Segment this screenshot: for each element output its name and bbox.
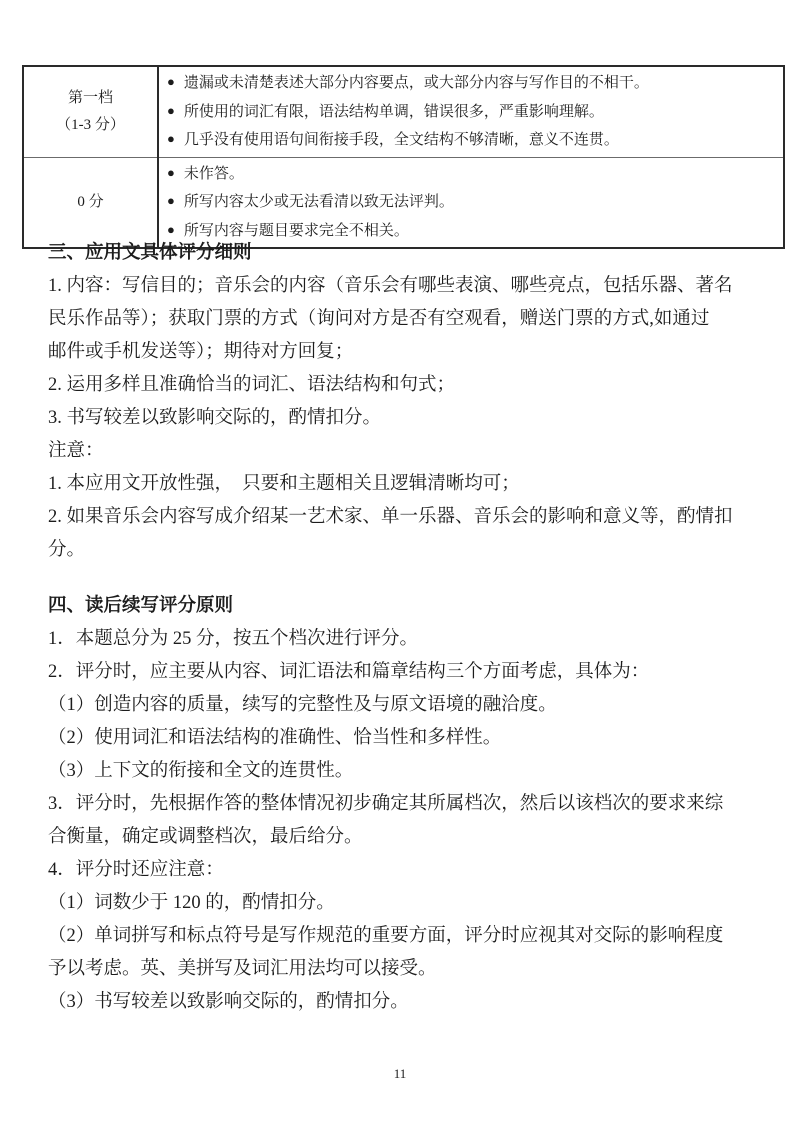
document-body: 三、应用文具体评分细则 1. 内容：写信目的；音乐会的内容（音乐会有哪些表演、哪… — [48, 237, 760, 1019]
criteria-item: ●所使用的词汇有限，语法结构单调，错误很多，严重影响理解。 — [167, 98, 777, 127]
bullet-icon: ● — [167, 126, 175, 153]
body-line: 2．评分时，应主要从内容、词汇语法和篇章结构三个方面考虑，具体为： — [48, 656, 760, 689]
body-line: 1．本题总分为 25 分，按五个档次进行评分。 — [48, 623, 760, 656]
body-line: 分。 — [48, 534, 760, 567]
criteria-text: 几乎没有使用语句间衔接手段，全文结构不够清晰，意义不连贯。 — [184, 132, 619, 148]
body-line: 合衡量，确定或调整档次，最后给分。 — [48, 821, 760, 854]
bullet-icon: ● — [167, 160, 175, 187]
band-name: 0 分 — [25, 189, 156, 216]
body-line: 1. 本应用文开放性强， 只要和主题相关且逻辑清晰均可； — [48, 468, 760, 501]
body-line: 予以考虑。英、美拼写及词汇用法均可以接受。 — [48, 953, 760, 986]
body-line: （3）上下文的衔接和全文的连贯性。 — [48, 755, 760, 788]
criteria-text: 遗漏或未清楚表述大部分内容要点，或大部分内容与写作目的不相干。 — [184, 75, 649, 91]
criteria-item: ●未作答。 — [167, 160, 777, 189]
scoring-rubric-table: 第一档 （1-3 分） ●遗漏或未清楚表述大部分内容要点，或大部分内容与写作目的… — [22, 65, 785, 249]
criteria-item: ●几乎没有使用语句间衔接手段，全文结构不够清晰，意义不连贯。 — [167, 126, 777, 155]
bullet-icon: ● — [167, 188, 175, 215]
criteria-text: 所使用的词汇有限，语法结构单调，错误很多，严重影响理解。 — [184, 104, 604, 120]
criteria-text: 所写内容太少或无法看清以致无法评判。 — [184, 194, 454, 210]
body-line: 2. 如果音乐会内容写成介绍某一艺术家、单一乐器、音乐会的影响和意义等，酌情扣 — [48, 501, 760, 534]
criteria-item: ●遗漏或未清楚表述大部分内容要点，或大部分内容与写作目的不相干。 — [167, 69, 777, 98]
body-line: 3．评分时，先根据作答的整体情况初步确定其所属档次，然后以该档次的要求来综 — [48, 788, 760, 821]
band-criteria-cell: ●未作答。 ●所写内容太少或无法看清以致无法评判。 ●所写内容与题目要求完全不相… — [158, 157, 784, 248]
table-row: 第一档 （1-3 分） ●遗漏或未清楚表述大部分内容要点，或大部分内容与写作目的… — [23, 66, 784, 157]
band-label-cell: 0 分 — [23, 157, 158, 248]
body-line: 3. 书写较差以致影响交际的，酌情扣分。 — [48, 402, 760, 435]
body-line: 注意： — [48, 435, 760, 468]
body-line: 1. 内容：写信目的；音乐会的内容（音乐会有哪些表演、哪些亮点，包括乐器、著名 — [48, 270, 760, 303]
criteria-item: ●所写内容太少或无法看清以致无法评判。 — [167, 188, 777, 217]
body-line: （1）创造内容的质量，续写的完整性及与原文语境的融洽度。 — [48, 689, 760, 722]
criteria-text: 未作答。 — [184, 166, 244, 182]
body-line: 民乐作品等）；获取门票的方式（询问对方是否有空观看，赠送门票的方式,如通过 — [48, 303, 760, 336]
document-page: 第一档 （1-3 分） ●遗漏或未清楚表述大部分内容要点，或大部分内容与写作目的… — [0, 0, 800, 1130]
section3-heading: 三、应用文具体评分细则 — [48, 237, 760, 270]
table-row: 0 分 ●未作答。 ●所写内容太少或无法看清以致无法评判。 ●所写内容与题目要求… — [23, 157, 784, 248]
body-line: （3）书写较差以致影响交际的，酌情扣分。 — [48, 986, 760, 1019]
band-name: 第一档 — [25, 85, 156, 112]
body-line: （2）使用词汇和语法结构的准确性、恰当性和多样性。 — [48, 722, 760, 755]
bullet-icon: ● — [167, 69, 175, 96]
bullet-icon: ● — [167, 98, 175, 125]
section4-heading: 四、读后续写评分原则 — [48, 590, 760, 623]
band-score-range: （1-3 分） — [25, 112, 156, 139]
body-line: 邮件或手机发送等）；期待对方回复； — [48, 336, 760, 369]
body-line: 4．评分时还应注意： — [48, 854, 760, 887]
body-line: 2. 运用多样且准确恰当的词汇、语法结构和句式； — [48, 369, 760, 402]
band-criteria-cell: ●遗漏或未清楚表述大部分内容要点，或大部分内容与写作目的不相干。 ●所使用的词汇… — [158, 66, 784, 157]
band-label-cell: 第一档 （1-3 分） — [23, 66, 158, 157]
body-line: （2）单词拼写和标点符号是写作规范的重要方面，评分时应视其对交际的影响程度 — [48, 920, 760, 953]
page-number: 11 — [0, 1066, 800, 1082]
body-line: （1）词数少于 120 的，酌情扣分。 — [48, 887, 760, 920]
